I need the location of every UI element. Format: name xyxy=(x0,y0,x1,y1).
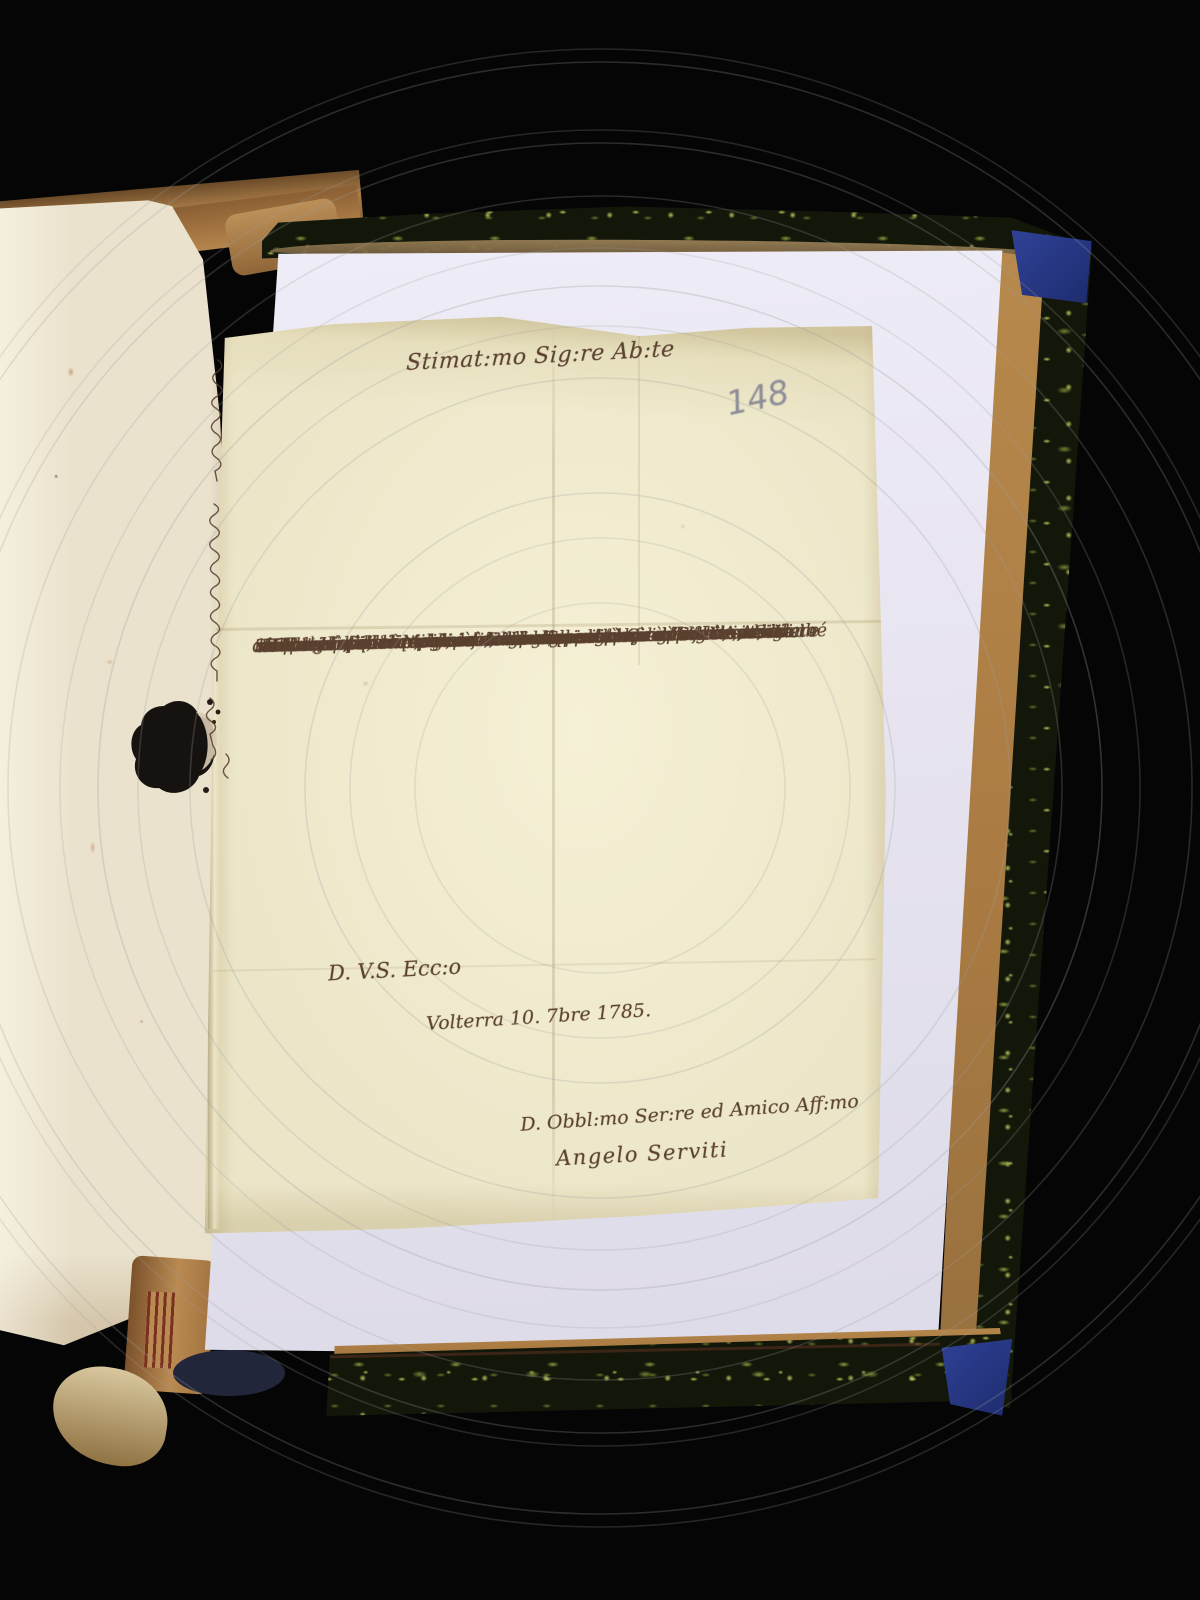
letter-crease-vertical-upper xyxy=(638,332,640,665)
binding-shadow-blob xyxy=(173,1350,285,1396)
manuscript-photograph: Stimat:mo Sig:re Ab:te 148 Scrivo, e ris… xyxy=(0,0,1200,1600)
letter-crease-horizontal-lower xyxy=(214,958,876,972)
address-edge-script xyxy=(196,356,244,816)
page-curl-red-streaks xyxy=(144,1291,176,1368)
letter-crease-vertical xyxy=(552,323,555,1229)
